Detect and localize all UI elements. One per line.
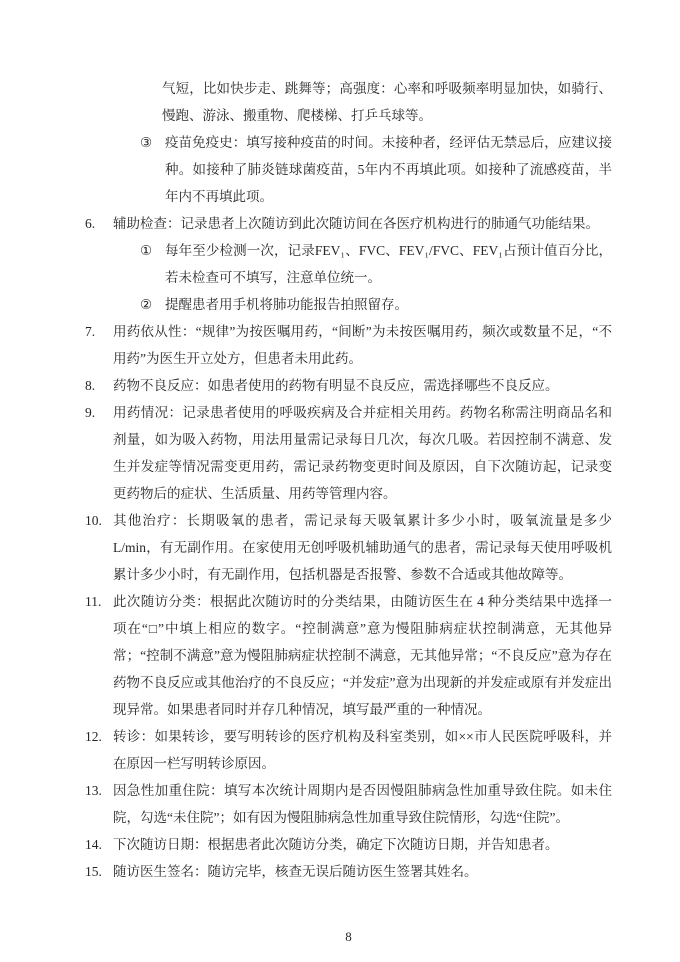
circled-1-marker: ① <box>140 237 165 291</box>
item-15-number: 15. <box>85 858 113 885</box>
list-item-10-other-treatment: 10. 其他治疗：长期吸氧的患者，需记录每天吸氧累计多少小时，吸氧流量是多少L/… <box>85 507 612 588</box>
item-9-number: 9. <box>85 399 113 507</box>
item-7-text: 用药依从性：“规律”为按医嘱用药，“间断”为未按医嘱用药，频次或数量不足，“不用… <box>113 318 612 372</box>
sub-item-fev-measurement: ① 每年至少检测一次，记录FEV₁、FVC、FEV₁/FVC、FEV₁占预计值百… <box>140 237 612 291</box>
item-9-text: 用药情况：记录患者使用的呼吸疾病及合并症相关用药。药物名称需注明商品名和剂量，如… <box>113 399 612 507</box>
item-10-number: 10. <box>85 507 113 588</box>
item-10-text: 其他治疗：长期吸氧的患者，需记录每天吸氧累计多少小时，吸氧流量是多少L/min，… <box>113 507 612 588</box>
item-14-number: 14. <box>85 831 113 858</box>
item-12-number: 12. <box>85 723 113 777</box>
sub-item-photo-reminder: ② 提醒患者用手机将肺功能报告拍照留存。 <box>140 291 612 318</box>
item-14-text: 下次随访日期：根据患者此次随访分类，确定下次随访日期，并告知患者。 <box>113 831 612 858</box>
page-number: 8 <box>345 929 352 944</box>
item-8-text: 药物不良反应：如患者使用的药物有明显不良反应，需选择哪些不良反应。 <box>113 372 612 399</box>
sub-item-fev-measurement-text: 每年至少检测一次，记录FEV₁、FVC、FEV₁/FVC、FEV₁占预计值百分比… <box>165 237 612 291</box>
page-body-text: 气短，比如快步走、跳舞等；高强度：心率和呼吸频率明显加快，如骑行、慢跑、游泳、搬… <box>85 75 612 885</box>
list-item-7-medication-adherence: 7. 用药依从性：“规律”为按医嘱用药，“间断”为未按医嘱用药，频次或数量不足，… <box>85 318 612 372</box>
item-11-number: 11. <box>85 588 113 723</box>
item-8-number: 8. <box>85 372 113 399</box>
list-item-15-doctor-signature: 15. 随访医生签名：随访完毕，核查无误后随访医生签署其姓名。 <box>85 858 612 885</box>
paragraph-exercise-intensity-continuation: 气短，比如快步走、跳舞等；高强度：心率和呼吸频率明显加快，如骑行、慢跑、游泳、搬… <box>162 75 612 129</box>
item-6-number: 6. <box>85 210 113 237</box>
list-item-6-auxiliary-exam: 6. 辅助检查：记录患者上次随访到此次随访间在各医疗机构进行的肺通气功能结果。 <box>85 210 612 237</box>
page-footer: 8 <box>85 929 612 945</box>
item-6-text: 辅助检查：记录患者上次随访到此次随访间在各医疗机构进行的肺通气功能结果。 <box>113 210 612 237</box>
item-7-number: 7. <box>85 318 113 372</box>
list-item-14-next-visit-date: 14. 下次随访日期：根据患者此次随访分类，确定下次随访日期，并告知患者。 <box>85 831 612 858</box>
sub-item-vaccine-history-text: 疫苗免疫史：填写接种疫苗的时间。未接种者，经评估无禁忌后，应建议接种。如接种了肺… <box>165 129 612 210</box>
item-15-text: 随访医生签名：随访完毕，核查无误后随访医生签署其姓名。 <box>113 858 612 885</box>
item-12-text: 转诊：如果转诊，要写明转诊的医疗机构及科室类别，如××市人民医院呼吸科，并在原因… <box>113 723 612 777</box>
circled-3-marker: ③ <box>140 129 165 210</box>
list-item-13-hospitalization: 13. 因急性加重住院：填写本次统计周期内是否因慢阻肺病急性加重导致住院。如未住… <box>85 777 612 831</box>
sub-item-vaccine-history: ③ 疫苗免疫史：填写接种疫苗的时间。未接种者，经评估无禁忌后，应建议接种。如接种… <box>140 129 612 210</box>
item-13-number: 13. <box>85 777 113 831</box>
list-item-8-adverse-reactions: 8. 药物不良反应：如患者使用的药物有明显不良反应，需选择哪些不良反应。 <box>85 372 612 399</box>
item-13-text: 因急性加重住院：填写本次统计周期内是否因慢阻肺病急性加重导致住院。如未住院，勾选… <box>113 777 612 831</box>
circled-2-marker: ② <box>140 291 165 318</box>
list-item-12-referral: 12. 转诊：如果转诊，要写明转诊的医疗机构及科室类别，如××市人民医院呼吸科，… <box>85 723 612 777</box>
sub-item-photo-reminder-text: 提醒患者用手机将肺功能报告拍照留存。 <box>165 291 612 318</box>
document-page: 气短，比如快步走、跳舞等；高强度：心率和呼吸频率明显加快，如骑行、慢跑、游泳、搬… <box>0 0 680 962</box>
list-item-11-visit-classification: 11. 此次随访分类：根据此次随访时的分类结果，由随访医生在 4 种分类结果中选… <box>85 588 612 723</box>
item-11-text: 此次随访分类：根据此次随访时的分类结果，由随访医生在 4 种分类结果中选择一项在… <box>113 588 612 723</box>
list-item-9-medication-usage: 9. 用药情况：记录患者使用的呼吸疾病及合并症相关用药。药物名称需注明商品名和剂… <box>85 399 612 507</box>
